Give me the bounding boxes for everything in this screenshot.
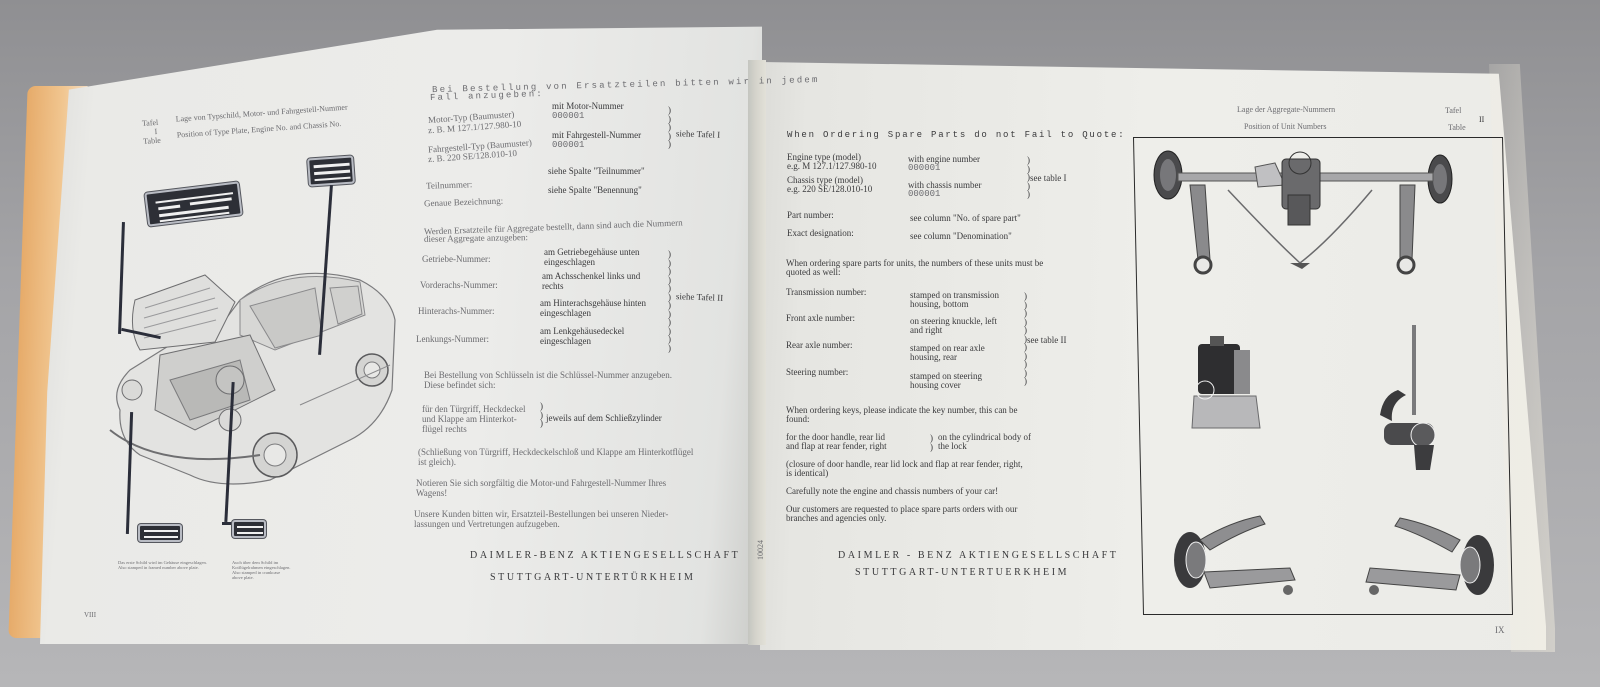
type-plate-small <box>307 155 355 186</box>
unit-label-front-axle-en: Front axle number: <box>786 313 855 324</box>
motor-number-value: 000001 <box>552 111 584 122</box>
unit-label-steering: Lenkungs-Nummer: <box>416 334 489 345</box>
table-ii-table-label: Table <box>1448 122 1466 133</box>
steering-gear-illustration <box>1378 325 1448 475</box>
units-reference: siehe Tafel II <box>676 291 724 304</box>
caption-line: above plate. <box>232 575 290 580</box>
english-heading: When Ordering Spare Parts do not Fail to… <box>787 130 1125 141</box>
note-line: Wagens! <box>416 488 447 499</box>
keys-value-en-2: the lock <box>938 441 967 452</box>
units-reference-en: see table II <box>1027 335 1066 346</box>
keys-intro-line-en: When ordering keys, please indicate the … <box>786 405 1018 416</box>
unit-value-steering-2: eingeschlagen <box>540 336 591 347</box>
transmission-illustration <box>1188 332 1263 432</box>
unit-label-transmission: Getriebe-Nummer: <box>422 254 490 265</box>
unit-label-rear-axle-en: Rear axle number: <box>786 340 852 351</box>
gutter-code: 10024 <box>755 540 766 560</box>
chassis-plate <box>232 520 266 538</box>
unit-value-transmission-en-2: housing, bottom <box>910 299 969 310</box>
rear-axle-illustration <box>1150 145 1460 285</box>
part-number-value-en: see column "No. of spare part" <box>910 213 1021 224</box>
table-label: Table <box>143 135 161 147</box>
part-number-label-en: Part number: <box>787 210 834 221</box>
engine-type-example: e.g. M 127.1/127.980-10 <box>787 161 877 172</box>
plate-caption-left: Das erste Schild wird im Gehäuse eingesc… <box>118 560 207 570</box>
car-illustration <box>100 240 400 500</box>
chassis-number-value-en: 000001 <box>908 189 940 200</box>
plate-caption-right: Auch über dem Schild im Kotflügelrahmen … <box>232 560 290 580</box>
keys-note-line-en: is identical) <box>786 468 828 479</box>
company-city-en: STUTTGART-UNTERTUERKHEIM <box>855 567 1069 578</box>
unit-value-front-axle-en-2: and right <box>910 325 942 336</box>
customers-line-en: branches and agencies only. <box>786 513 886 524</box>
brace: ) ) <box>930 434 933 451</box>
unit-label-rear-axle: Hinterachs-Nummer: <box>418 306 494 317</box>
chassis-type-example-en: e.g. 220 SE/128.010-10 <box>787 184 872 195</box>
unit-value-rear-axle-2: eingeschlagen <box>540 308 591 319</box>
engine-number-value: 000001 <box>908 163 940 174</box>
keys-value: jeweils auf dem Schließzylinder <box>546 413 662 424</box>
company-city: STUTTGART-UNTERTÜRKHEIM <box>490 572 695 583</box>
note-en: Carefully note the engine and chassis nu… <box>786 486 998 497</box>
part-number-label: Teilnummer: <box>426 179 473 192</box>
identifiers-reference: siehe Tafel I <box>676 128 721 141</box>
table-ii-title-en: Position of Unit Numbers <box>1244 121 1326 132</box>
keys-intro-line: Diese befindet sich: <box>424 380 495 391</box>
chassis-number-value: 000001 <box>552 140 584 151</box>
keys-intro-line-en: found: <box>786 414 810 425</box>
brace: ) ) ) ) ) <box>668 106 671 149</box>
company-name-en: DAIMLER - BENZ AKTIENGESELLSCHAFT <box>838 550 1119 561</box>
open-manual: Tafel I Table Lage von Typschild, Motor-… <box>0 0 1600 687</box>
unit-value-transmission-2: eingeschlagen <box>544 257 595 268</box>
engine-plate <box>138 524 182 542</box>
keys-note-line: ist gleich). <box>418 457 456 468</box>
unit-label-steering-en: Steering number: <box>786 367 848 378</box>
unit-value-front-axle-2: rechts <box>542 281 564 292</box>
unit-label-front-axle: Vorderachs-Nummer: <box>420 280 498 291</box>
units-intro-line-en: quoted as well: <box>786 267 841 278</box>
designation-label-en: Exact designation: <box>787 228 854 239</box>
designation-value: siehe Spalte "Benennung" <box>548 185 642 196</box>
caption-line: Also stamped in framed number above plat… <box>118 565 207 570</box>
part-number-value: siehe Spalte "Teilnummer" <box>548 166 645 177</box>
brace: ) ) ) <box>540 402 543 428</box>
identifiers-reference-en: see table I <box>1030 173 1066 184</box>
front-axle-left-illustration <box>1170 510 1310 600</box>
unit-value-steering-en-2: housing cover <box>910 380 961 391</box>
table-ii-tafel-label: Tafel <box>1445 105 1461 116</box>
table-ii-number: II <box>1479 114 1484 125</box>
keys-location: flügel rechts <box>422 424 467 435</box>
unit-value-rear-axle-en-2: housing, rear <box>910 352 957 363</box>
units-intro-line: dieser Aggregate anzugeben: <box>424 232 528 245</box>
keys-location-en: and flap at rear fender, right <box>786 441 887 452</box>
company-name: DAIMLER-BENZ AKTIENGESELLSCHAFT <box>470 550 740 561</box>
page-number-right: IX <box>1495 625 1505 636</box>
front-axle-right-illustration <box>1360 510 1500 600</box>
customers-line: lassungen und Vertretungen aufzugeben. <box>414 519 560 530</box>
note-line: Notieren Sie sich sorgfältig die Motor-u… <box>416 478 666 489</box>
table-ii-title-de: Lage der Aggregate-Nummern <box>1237 104 1335 115</box>
designation-value-en: see column "Denomination" <box>910 231 1012 242</box>
brace: ) ) ) ) ) ) ) ) ) ) ) ) <box>668 250 671 352</box>
keys-note-line: (Schließung von Türgriff, Heckdeckelschl… <box>418 447 693 458</box>
page-number-left: VIII <box>84 610 96 621</box>
unit-label-transmission-en: Transmission number: <box>786 287 866 298</box>
